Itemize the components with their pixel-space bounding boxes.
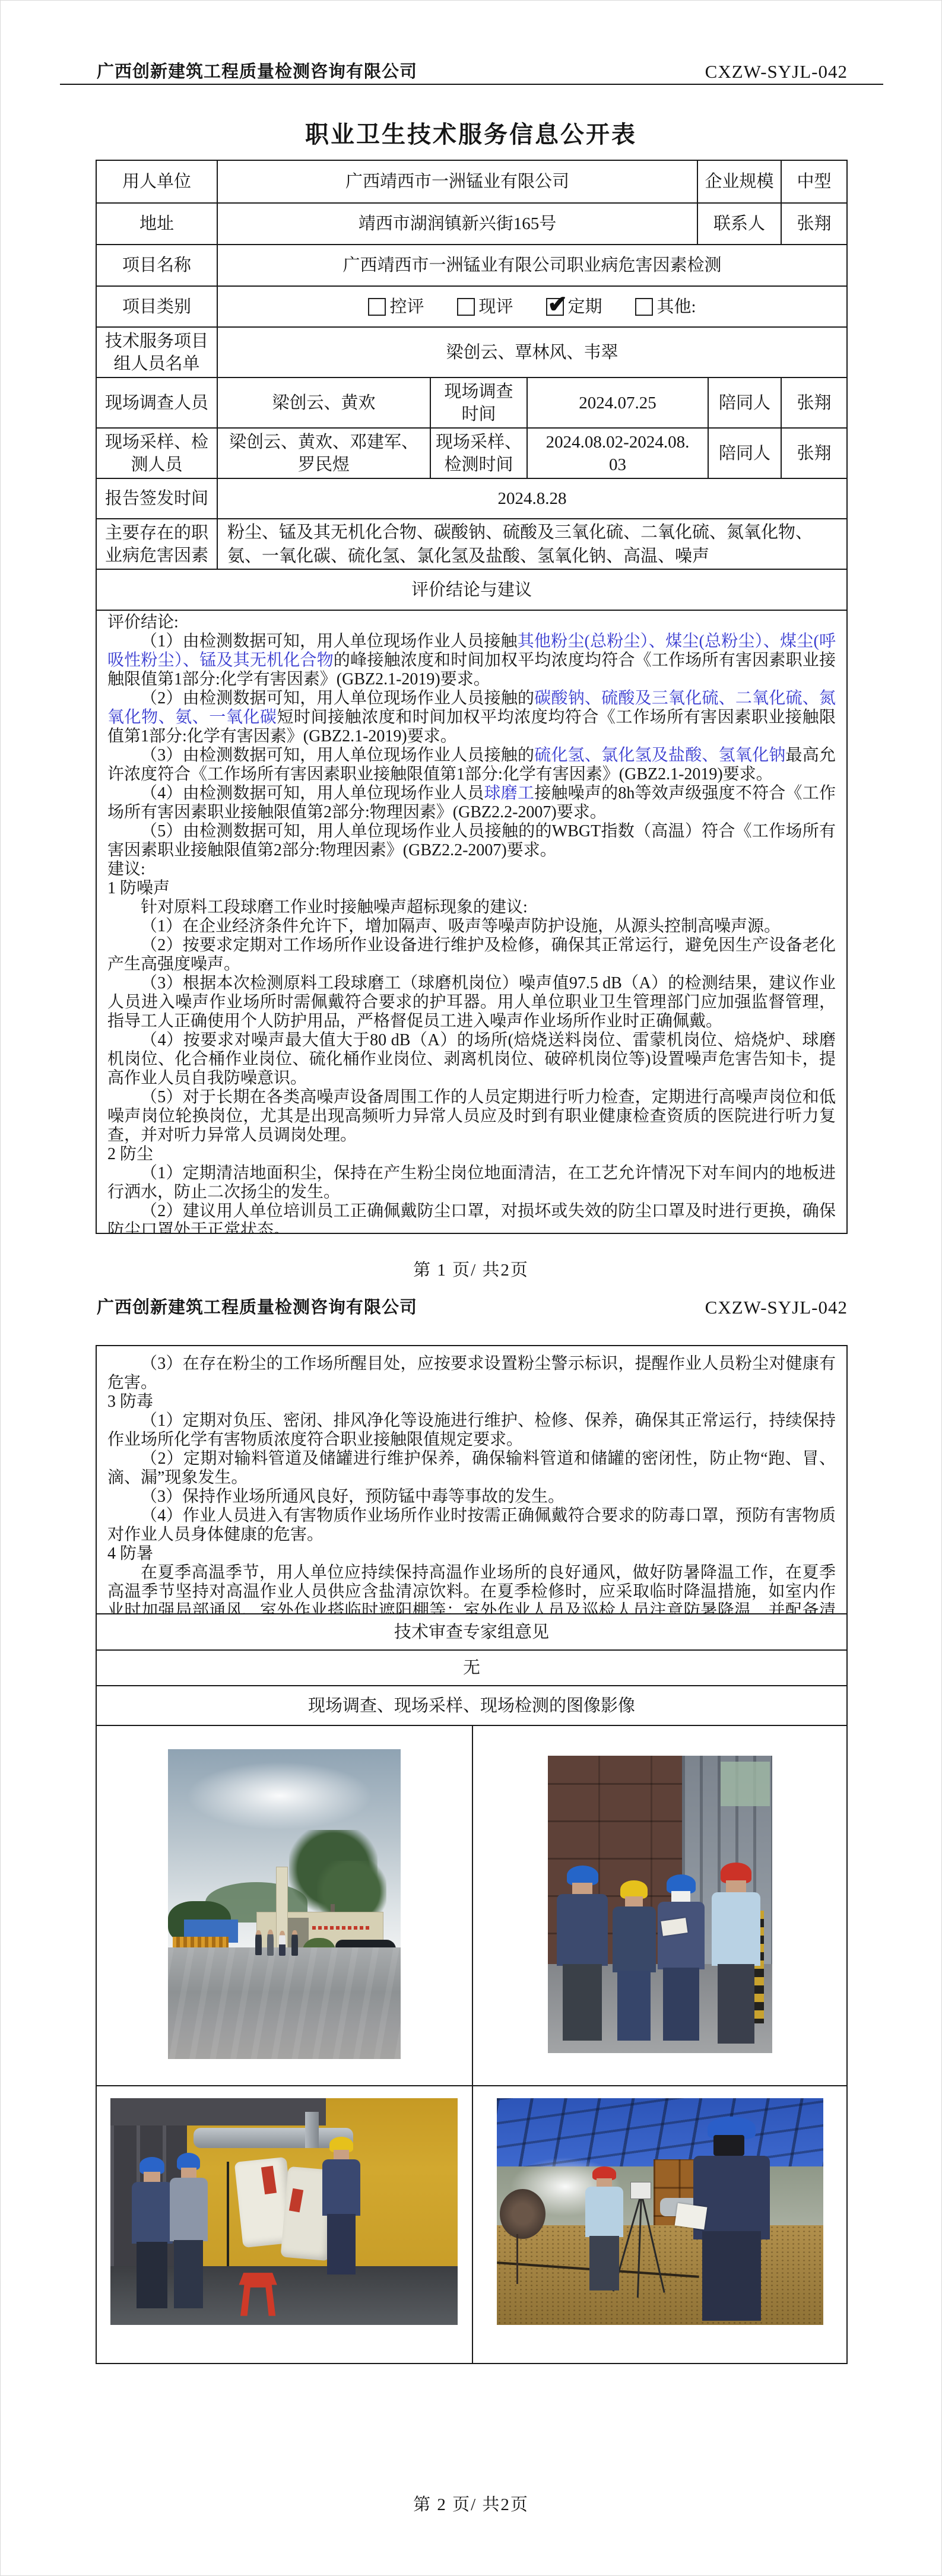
paragraph: （4）按要求对噪声最大值大于80 dB（A）的场所(焙烧送料岗位、雷蒙机岗位、焙… [107, 1031, 836, 1088]
row-team: 技术服务项目 组人员名单 梁创云、覃林风、韦翠 [97, 326, 846, 377]
row-images-header: 现场调查、现场采样、现场检测的图像影像 [97, 1685, 846, 1725]
photo1-clouds [186, 1762, 373, 1830]
photo2-worker-yellow-helmet [608, 1880, 660, 2044]
paragraph: （1）定期清洁地面积尘，保持在产生粉尘岗位地面清洁，在工艺允许情况下对车间内的地… [107, 1164, 836, 1202]
category-option-label: 现评 [478, 296, 513, 318]
photo2-clipboard [661, 1918, 688, 1936]
project-name-value: 广西靖西市一洲锰业有限公司职业病危害因素检测 [217, 245, 846, 285]
photo-cell-4 [472, 2086, 847, 2363]
escort-label-1: 陪同人 [708, 378, 781, 427]
photo-cell-2 [472, 1726, 847, 2085]
photo-measurement-tripod [497, 2098, 823, 2325]
photo4-light-blue-shirt [585, 2187, 624, 2238]
body-text: （4）由检测数据可知，用人单位现场作业人员 [141, 784, 484, 802]
body-text: （1）定期清洁地面积尘，保持在产生粉尘岗位地面清洁，在工艺允许情况下对车间内的地… [107, 1164, 836, 1201]
photo3-legs [137, 2242, 167, 2308]
conclusion-text: 评价结论:（1）由检测数据可知，用人单位现场作业人员接触其他粉尘(总粉尘）、煤尘… [97, 611, 846, 1233]
photo4-legs [589, 2236, 619, 2291]
body-text: 针对原料工段球磨工作业时接触噪声超标现象的建议: [141, 898, 528, 916]
photo4-instrument [630, 2182, 651, 2199]
section-heading: 4 防暑 [107, 1544, 836, 1563]
photo3-body [322, 2159, 360, 2216]
photo4-worker-red-helmet [582, 2166, 627, 2293]
photo3-body [170, 2178, 208, 2241]
paragraph: （2）建议用人单位培训员工正确佩戴防尘口罩，对损坏或失效的防尘口罩及时进行更换，… [107, 1202, 836, 1233]
photo1-person-1 [255, 1930, 262, 1955]
address-value: 靖西市湖润镇新兴街165号 [217, 204, 697, 244]
photo4-dark-visor [713, 2135, 744, 2156]
photo4-legs [702, 2231, 761, 2321]
paragraph: （3）保持作业场所通风良好，预防锰中毒等事故的发生。 [107, 1487, 836, 1506]
survey-time-value: 2024.07.25 [526, 378, 708, 427]
category-option: 其他: [635, 296, 696, 318]
body-text: （3）由检测数据可知，用人单位现场作业人员接触的 [141, 746, 534, 764]
section-heading: 1 防噪声 [107, 879, 836, 898]
paragraph: （3）根据本次检测原料工段球磨工（球磨机岗位）噪声值97.5 dB（A）的检测结… [107, 974, 836, 1031]
category-option-label: 定期 [567, 296, 602, 318]
photo4-body [693, 2156, 770, 2239]
form-title: 职业卫生技术服务信息公开表 [1, 116, 941, 150]
project-category-options: 控评现评✔定期其他: [217, 287, 846, 326]
photo3-worker-2 [166, 2153, 211, 2311]
paragraph: （2）由检测数据可知，用人单位现场作业人员接触的碳酸钠、硫酸及三氧化硫、二氧化硫… [107, 689, 836, 746]
report-date-value: 2024.8.28 [217, 479, 846, 518]
images-header: 现场调查、现场采样、现场检测的图像影像 [97, 1686, 846, 1725]
scale-label: 企业规模 [697, 161, 781, 202]
doc-number: CXZW-SYJL-042 [705, 61, 848, 83]
unchecked-checkbox-icon [635, 298, 653, 316]
row-report-date: 报告签发时间 2024.8.28 [97, 478, 846, 518]
photo1-person-2 [267, 1930, 274, 1955]
paragraph: （4）作业人员进入有害物质作业场所作业时按需正确佩戴符合要求的防毒口罩，预防有害… [107, 1506, 836, 1544]
survey-people-value: 梁创云、黄欢 [217, 378, 430, 427]
form-table-page2: （3）在存在粉尘的工作场所醒目处，应按要求设置粉尘警示标识，提醒作业人员粉尘对健… [96, 1345, 848, 2364]
page2-footer: 第 2 页/ 共2页 [1, 2491, 941, 2515]
row-employer: 用人单位 广西靖西市一洲锰业有限公司 企业规模 中型 [97, 161, 846, 202]
photo-cell-1 [97, 1726, 472, 2085]
contact-value: 张翔 [781, 204, 846, 244]
report-date-label: 报告签发时间 [97, 479, 217, 518]
paragraph: （3）由检测数据可知，用人单位现场作业人员接触的硫化氢、氯化氢及盐酸、氢氧化钠最… [107, 746, 836, 784]
body-text: （3）在存在粉尘的工作场所醒目处，应按要求设置粉尘警示标识，提醒作业人员粉尘对健… [107, 1354, 836, 1392]
page1-footer: 第 1 页/ 共2页 [1, 1257, 941, 1281]
hazards-value: 粉尘、锰及其无机化合物、碳酸钠、硫酸及三氧化硫、二氧化硫、氮氧化物、氨、一氧化碳… [217, 519, 846, 569]
photo-factory-gate [168, 1749, 401, 2059]
highlighted-hazard-text: 硫化氢、氯化氢及盐酸、氢氧化钠 [534, 746, 785, 764]
photo2-legs [563, 1964, 601, 2041]
body-text: （5）对于长期在各类高噪声设备周围工作的人员定期进行听力检查，定期进行高噪声岗位… [107, 1088, 836, 1144]
hazards-label: 主要存在的职 业病危害因素 [97, 519, 217, 569]
row-photos-2 [97, 2085, 846, 2363]
row-conclusion-body: 评价结论:（1）由检测数据可知，用人单位现场作业人员接触其他粉尘(总粉尘）、煤尘… [97, 610, 846, 1233]
row-expert-review-header: 技术审查专家组意见 [97, 1613, 846, 1649]
body-text: （2）建议用人单位培训员工正确佩戴防尘口罩，对损坏或失效的防尘口罩及时进行更换，… [107, 1202, 836, 1233]
photo2-worker-red-helmet [707, 1863, 765, 2047]
photo-cell-3 [97, 2086, 472, 2363]
photo2-teal-structure [721, 1762, 770, 1806]
header-rule [60, 84, 883, 85]
paragraph: （2）定期对输料管道及储罐进行维护保养，确保输料管道和储罐的密闭性，防止物“跑、… [107, 1449, 836, 1487]
row-expert-review-value: 无 [97, 1649, 846, 1685]
paragraph: （3）在存在粉尘的工作场所醒目处，应按要求设置粉尘警示标识，提醒作业人员粉尘对健… [107, 1354, 836, 1392]
body-text: 3 防毒 [107, 1392, 153, 1411]
category-option-label: 控评 [389, 296, 424, 318]
paragraph: （4）由检测数据可知，用人单位现场作业人员球磨工接触噪声的8h等效声级强度不符合… [107, 784, 836, 822]
row-site-survey: 现场调查人员 梁创云、黄欢 现场调查 时间 2024.07.25 陪同人 张翔 [97, 377, 846, 427]
sampling-time-label: 现场采样、 检测时间 [430, 429, 526, 478]
address-label: 地址 [97, 204, 217, 244]
escort-label-2: 陪同人 [708, 429, 781, 478]
photo1-person-4 [291, 1930, 298, 1956]
project-name-label: 项目名称 [97, 245, 217, 285]
photo1-person-3 [279, 1931, 286, 1956]
survey-people-label: 现场调查人员 [97, 378, 217, 427]
row-hazards: 主要存在的职 业病危害因素 粉尘、锰及其无机化合物、碳酸钠、硫酸及三氧化硫、二氧… [97, 518, 846, 569]
body-text: （4）作业人员进入有害物质作业场所作业时按需正确佩戴符合要求的防毒口罩，预防有害… [107, 1506, 836, 1544]
photo2-legs [663, 1968, 699, 2041]
employer-label: 用人单位 [97, 161, 217, 202]
paragraph: （5）由检测数据可知，用人单位现场作业人员接触的的WBGT指数（高温）符合《工作… [107, 822, 836, 860]
photo2-light-blue-shirt [712, 1892, 761, 1966]
body-text: 建议: [107, 860, 145, 878]
row-photos-1 [97, 1725, 846, 2085]
body-text: （2）按要求定期对工作场所作业设备进行维护及检修，确保其正常运行，避免因生产设备… [107, 936, 836, 973]
photo1-reflections [168, 1947, 401, 2059]
team-value: 梁创云、覃林风、韦翠 [217, 328, 846, 377]
page1-header: 广西创新建筑工程质量检测咨询有限公司 CXZW-SYJL-042 [97, 56, 848, 83]
body-text: 在夏季高温季节，用人单位应持续保持高温作业场所的良好通风，做好防暑降温工作，在夏… [107, 1563, 836, 1613]
category-option: 现评 [457, 296, 513, 318]
team-label: 技术服务项目 组人员名单 [97, 328, 217, 377]
sampling-people-value: 梁创云、黄欢、邓建军、 罗民煜 [217, 429, 430, 478]
photo2-body [613, 1906, 656, 1972]
photo3-worker-3 [319, 2137, 364, 2277]
photo3-legs [327, 2214, 356, 2274]
photo2-body [557, 1894, 608, 1965]
paragraph: （1）定期对负压、密闭、排风净化等设施进行维护、检修、保养，确保其正常运行，持续… [107, 1411, 836, 1449]
highlighted-hazard-text: 球磨工 [484, 784, 535, 802]
body-text: （2）由检测数据可知，用人单位现场作业人员接触的 [141, 689, 534, 708]
category-option: 控评 [368, 296, 424, 318]
project-category-label: 项目类别 [97, 287, 217, 326]
paragraph: （1）由检测数据可知，用人单位现场作业人员接触其他粉尘(总粉尘）、煤尘(总粉尘）… [107, 632, 836, 689]
photo1-red-sign-text [312, 1926, 370, 1930]
unchecked-checkbox-icon [368, 298, 386, 316]
photo3-vertical-pipe [305, 2112, 319, 2148]
company-name: 广西创新建筑工程质量检测咨询有限公司 [97, 1294, 417, 1318]
paragraph: （1）在企业经济条件允许下，增加隔声、吸声等噪声防护设施，从源头控制高噪声源。 [107, 917, 836, 936]
expert-review-header: 技术审查专家组意见 [97, 1614, 846, 1649]
escort-value-2: 张翔 [781, 429, 846, 478]
category-option: ✔定期 [546, 296, 602, 318]
body-text: （1）定期对负压、密闭、排风净化等设施进行维护、检修、保养，确保其正常运行，持续… [107, 1411, 836, 1449]
photo2-legs [617, 1971, 651, 2041]
body-text: （3）根据本次检测原料工段球磨工（球磨机岗位）噪声值97.5 dB（A）的检测结… [107, 974, 836, 1030]
scale-value: 中型 [781, 161, 846, 202]
photo-workers-discussion [548, 1756, 772, 2053]
expert-review-value: 无 [97, 1651, 846, 1685]
body-text: （1）在企业经济条件允许下，增加隔声、吸声等噪声防护设施，从源头控制高噪声源。 [141, 917, 781, 935]
body-text: （1）由检测数据可知，用人单位现场作业人员接触 [141, 632, 518, 651]
photo3-legs [174, 2240, 203, 2308]
page2-header: 广西创新建筑工程质量检测咨询有限公司 CXZW-SYJL-042 [97, 1292, 848, 1318]
escort-value-1: 张翔 [781, 378, 846, 427]
conclusion-header: 评价结论与建议 [97, 570, 846, 610]
body-text: 2 防尘 [107, 1145, 153, 1163]
form-table-page1: 用人单位 广西靖西市一洲锰业有限公司 企业规模 中型 地址 靖西市湖润镇新兴街1… [96, 160, 848, 1234]
body-text: （4）按要求对噪声最大值大于80 dB（A）的场所(焙烧送料岗位、雷蒙机岗位、焙… [107, 1031, 836, 1087]
employer-value: 广西靖西市一洲锰业有限公司 [217, 161, 697, 202]
row-address: 地址 靖西市湖润镇新兴街165号 联系人 张翔 [97, 202, 846, 244]
section-heading: 建议: [107, 860, 836, 879]
section-heading: 2 防尘 [107, 1145, 836, 1164]
body-text: （5）由检测数据可知，用人单位现场作业人员接触的的WBGT指数（高温）符合《工作… [107, 822, 836, 859]
scanned-document: 广西创新建筑工程质量检测咨询有限公司 CXZW-SYJL-042 职业卫生技术服… [0, 0, 942, 2576]
paragraph: （2）按要求定期对工作场所作业设备进行维护及检修，确保其正常运行，避免因生产设备… [107, 936, 836, 974]
body-text: 评价结论: [107, 613, 179, 632]
photo2-legs [718, 1964, 755, 2044]
doc-number: CXZW-SYJL-042 [705, 1297, 848, 1318]
sampling-people-label: 现场采样、检 测人员 [97, 429, 217, 478]
row-suggestions-continued: （3）在存在粉尘的工作场所醒目处，应按要求设置粉尘警示标识，提醒作业人员粉尘对健… [97, 1346, 846, 1613]
photo2-worker-blue-helmet-left [552, 1866, 613, 2044]
section-heading: 评价结论: [107, 613, 836, 632]
photo4-fan [500, 2189, 545, 2239]
photo-sampling-bags [110, 2098, 458, 2325]
unchecked-checkbox-icon [457, 298, 475, 316]
photo4-papers [675, 2203, 707, 2229]
photo3-top-structure [110, 2098, 326, 2125]
body-text: 4 防暑 [107, 1544, 153, 1563]
row-project-category: 项目类别 控评现评✔定期其他: [97, 285, 846, 326]
body-text: （2）定期对输料管道及储罐进行维护保养，确保输料管道和储罐的密闭性，防止物“跑、… [107, 1449, 836, 1487]
category-options-group: 控评现评✔定期其他: [223, 296, 842, 318]
survey-time-label: 现场调查 时间 [430, 378, 526, 427]
contact-label: 联系人 [697, 204, 781, 244]
photo2-worker-blue-helmet-mask [653, 1874, 709, 2044]
paragraph: （5）对于长期在各类高噪声设备周围工作的人员定期进行听力检查，定期进行高噪声岗位… [107, 1088, 836, 1145]
row-sampling: 现场采样、检 测人员 梁创云、黄欢、邓建军、 罗民煜 现场采样、 检测时间 20… [97, 427, 846, 478]
category-option-label: 其他: [656, 296, 696, 318]
section-heading: 3 防毒 [107, 1392, 836, 1411]
row-conclusion-header: 评价结论与建议 [97, 569, 846, 610]
body-text: （3）保持作业场所通风良好，预防锰中毒等事故的发生。 [141, 1487, 564, 1506]
sampling-time-value: 2024.08.02-2024.08. 03 [526, 429, 708, 478]
paragraph: 在夏季高温季节，用人单位应持续保持高温作业场所的良好通风，做好防暑降温工作，在夏… [107, 1563, 836, 1613]
paragraph: 针对原料工段球磨工作业时接触噪声超标现象的建议: [107, 898, 836, 917]
row-project-name: 项目名称 广西靖西市一洲锰业有限公司职业病危害因素检测 [97, 244, 846, 285]
photo3-sampling-rod [227, 2162, 229, 2270]
company-name: 广西创新建筑工程质量检测咨询有限公司 [97, 58, 417, 83]
photo4-fan-stand [516, 2234, 518, 2284]
body-text: 1 防噪声 [107, 879, 170, 897]
checked-checkbox-icon: ✔ [546, 298, 564, 316]
suggestions-text: （3）在存在粉尘的工作场所醒目处，应按要求设置粉尘警示标识，提醒作业人员粉尘对健… [97, 1346, 846, 1613]
